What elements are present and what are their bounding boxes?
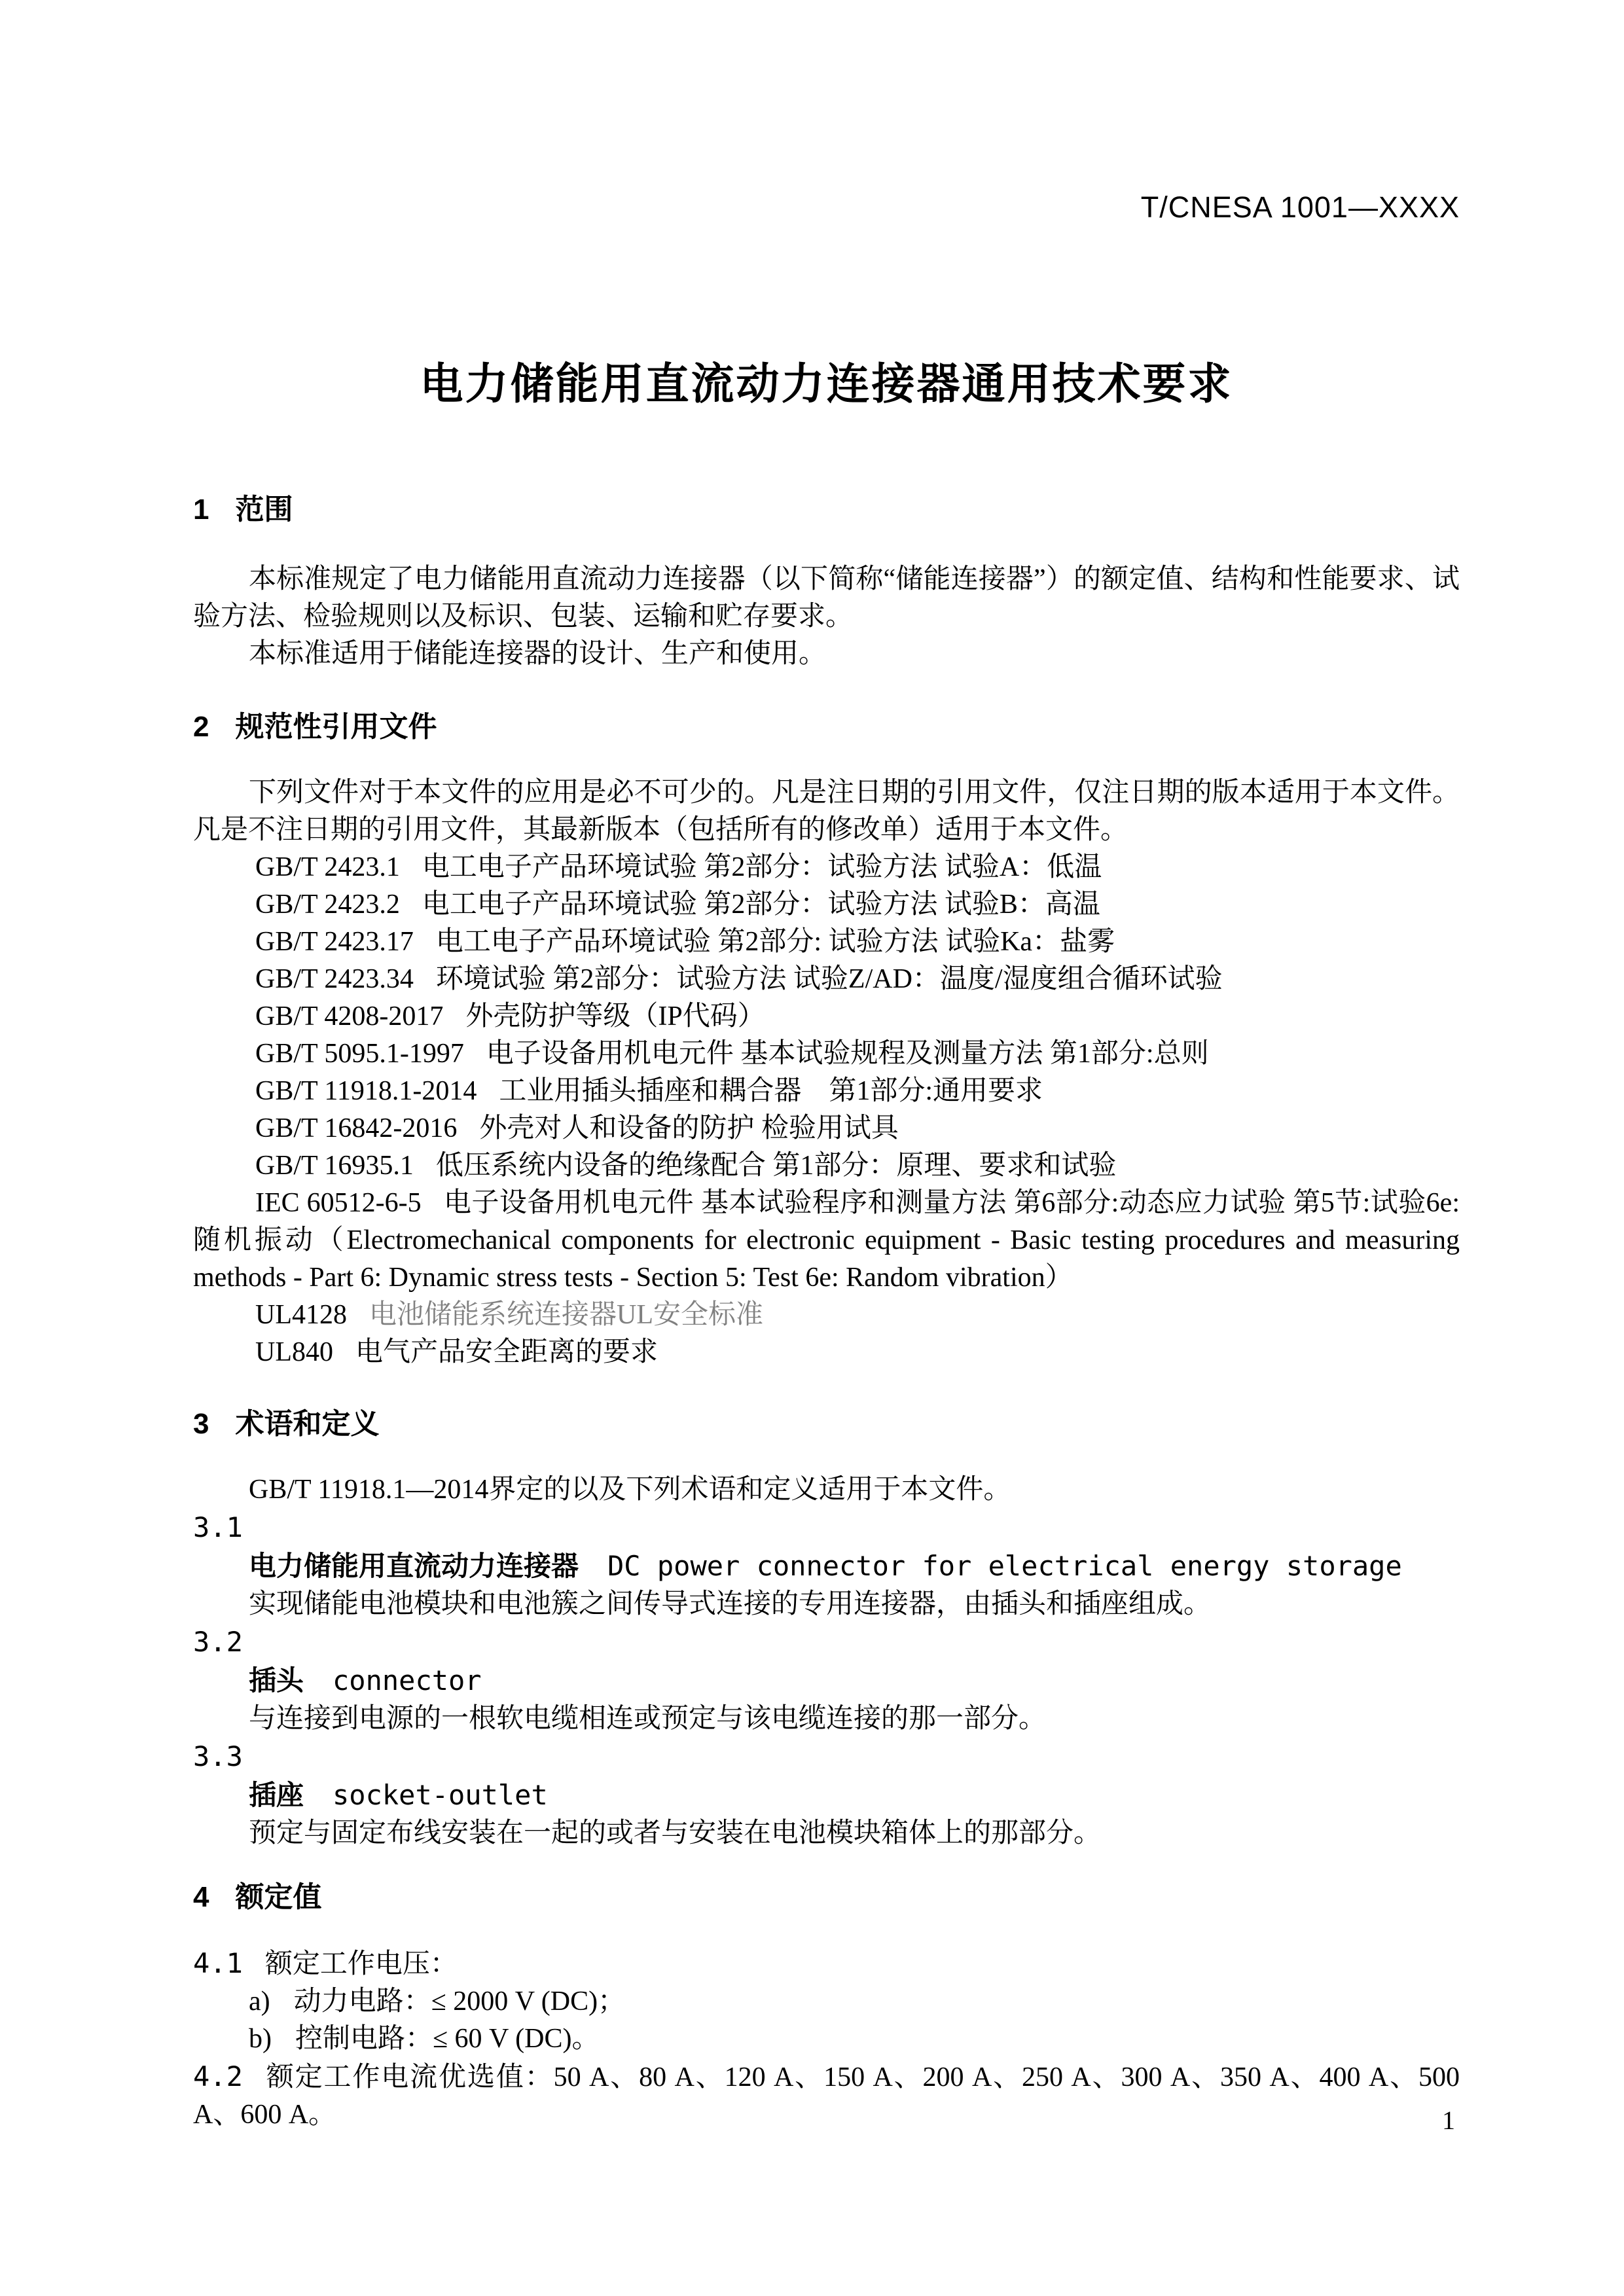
reference-item: UL4128电池储能系统连接器UL安全标准 — [193, 1297, 1460, 1334]
reference-id: GB/T 2423.2 — [255, 889, 400, 920]
reference-item: GB/T 4208-2017外壳防护等级（IP代码） — [193, 998, 1460, 1035]
reference-item: GB/T 2423.17电工电子产品环境试验 第2部分: 试验方法 试验Ka：盐… — [193, 924, 1460, 961]
term-zh: 插座 — [249, 1780, 304, 1810]
section-4-title: 额定值 — [235, 1881, 321, 1913]
clause-4-1: 4.1额定工作电压： — [193, 1945, 1460, 1983]
page-number: 1 — [1442, 2104, 1455, 2137]
references-intro: 下列文件对于本文件的应用是必不可少的。凡是注日期的引用文件，仅注日期的版本适用于… — [193, 774, 1460, 849]
reference-id: GB/T 4208-2017 — [255, 1001, 443, 1031]
doc-code: T/CNESA 1001—XXXX — [193, 0, 1460, 224]
section-normative-references: 2规范性引用文件 下列文件对于本文件的应用是必不可少的。凡是注日期的引用文件，仅… — [193, 708, 1460, 1371]
reference-title: 电工电子产品环境试验 第2部分：试验方法 试验B：高温 — [422, 889, 1100, 920]
term-definition: 实现储能电池模块和电池簇之间传导式连接的专用连接器，由插头和插座组成。 — [193, 1586, 1460, 1623]
reference-item: GB/T 2423.1电工电子产品环境试验 第2部分：试验方法 试验A：低温 — [193, 849, 1460, 886]
term-line: 插座socket-outlet — [193, 1776, 1460, 1815]
reference-item: GB/T 2423.34环境试验 第2部分：试验方法 试验Z/AD：温度/湿度组… — [193, 961, 1460, 998]
section-scope: 1范围 本标准规定了电力储能用直流动力连接器（以下简称“储能连接器”）的额定值、… — [193, 491, 1460, 673]
reference-title: 电子设备用机电元件 基本试验规程及测量方法 第1部分:总则 — [486, 1039, 1209, 1069]
term-line: 电力储能用直流动力连接器DC power connector for elect… — [193, 1547, 1460, 1586]
reference-title: 低压系统内设备的绝缘配合 第1部分：原理、要求和试验 — [436, 1151, 1117, 1181]
term-en: socket-outlet — [333, 1779, 548, 1811]
terms-intro: GB/T 11918.1—2014界定的以及下列术语和定义适用于本文件。 — [193, 1471, 1460, 1509]
term-definition: 预定与固定布线安装在一起的或者与安装在电池模块箱体上的那部分。 — [193, 1815, 1460, 1852]
reference-id: GB/T 5095.1-1997 — [255, 1039, 464, 1069]
reference-id: GB/T 2423.17 — [255, 927, 414, 957]
reference-id: GB/T 16842-2016 — [255, 1113, 457, 1143]
list-marker: a) — [249, 1986, 270, 2017]
section-4-heading: 4额定值 — [193, 1878, 1460, 1916]
reference-id: GB/T 2423.1 — [255, 852, 400, 882]
doc-title: 电力储能用直流动力连接器通用技术要求 — [193, 353, 1460, 414]
reference-title: 电工电子产品环境试验 第2部分：试验方法 试验A：低温 — [422, 852, 1102, 882]
list-marker: b) — [249, 2024, 272, 2054]
section-4-number: 4 — [193, 1881, 209, 1913]
section-3-number: 3 — [193, 1408, 209, 1440]
section-2-title: 规范性引用文件 — [235, 711, 437, 743]
reference-item: GB/T 16842-2016外壳对人和设备的防护 检验用试具 — [193, 1110, 1460, 1147]
reference-id: IEC 60512-6-5 — [255, 1188, 422, 1218]
reference-item: GB/T 2423.2电工电子产品环境试验 第2部分：试验方法 试验B：高温 — [193, 886, 1460, 924]
list-item-b-text: 控制电路：≤ 60 V (DC)。 — [295, 2024, 599, 2054]
section-1-heading: 1范围 — [193, 491, 1460, 528]
section-1-title: 范围 — [235, 493, 293, 526]
section-terms-definitions: 3术语和定义 GB/T 11918.1—2014界定的以及下列术语和定义适用于本… — [193, 1405, 1460, 1852]
term-number: 3.1 — [193, 1509, 1460, 1547]
reference-item: GB/T 5095.1-1997电子设备用机电元件 基本试验规程及测量方法 第1… — [193, 1035, 1460, 1073]
reference-title: 环境试验 第2部分：试验方法 试验Z/AD：温度/湿度组合循环试验 — [436, 964, 1223, 994]
section-rated-values: 4额定值 4.1额定工作电压： a)动力电路：≤ 2000 V (DC)； b)… — [193, 1878, 1460, 2134]
reference-title: 电气产品安全距离的要求 — [355, 1337, 658, 1367]
term-number: 3.3 — [193, 1738, 1460, 1776]
reference-item: IEC 60512-6-5电子设备用机电元件 基本试验程序和测量方法 第6部分:… — [193, 1185, 1460, 1297]
term-line: 插头connector — [193, 1662, 1460, 1700]
clause-4-1-text: 额定工作电压： — [265, 1949, 458, 1979]
section-1-number: 1 — [193, 493, 209, 526]
reference-id: GB/T 11918.1-2014 — [255, 1076, 477, 1106]
term-number: 3.2 — [193, 1623, 1460, 1662]
reference-id: GB/T 2423.34 — [255, 964, 414, 994]
document-page: T/CNESA 1001—XXXX 电力储能用直流动力连接器通用技术要求 1范围… — [0, 0, 1624, 2296]
reference-title: 电工电子产品环境试验 第2部分: 试验方法 试验Ka：盐雾 — [436, 927, 1115, 957]
reference-title: 外壳对人和设备的防护 检验用试具 — [479, 1113, 899, 1143]
section-2-number: 2 — [193, 711, 209, 743]
term-definition: 与连接到电源的一根软电缆相连或预定与该电缆连接的那一部分。 — [193, 1700, 1460, 1738]
list-item-b: b)控制电路：≤ 60 V (DC)。 — [193, 2020, 1460, 2058]
list-item-a-text: 动力电路：≤ 2000 V (DC)； — [294, 1986, 625, 2017]
section-3-heading: 3术语和定义 — [193, 1405, 1460, 1443]
list-item-a: a)动力电路：≤ 2000 V (DC)； — [193, 1983, 1460, 2020]
reference-title: 电池储能系统连接器UL安全标准 — [369, 1300, 763, 1330]
section-3-title: 术语和定义 — [235, 1408, 379, 1440]
reference-item: GB/T 16935.1低压系统内设备的绝缘配合 第1部分：原理、要求和试验 — [193, 1147, 1460, 1185]
reference-title: 工业用插头插座和耦合器 第1部分:通用要求 — [499, 1076, 1043, 1106]
scope-paragraph-2: 本标准适用于储能连接器的设计、生产和使用。 — [193, 636, 1460, 673]
term-zh: 电力储能用直流动力连接器 — [249, 1551, 579, 1581]
term-en: DC power connector for electrical energy… — [607, 1550, 1402, 1582]
section-2-heading: 2规范性引用文件 — [193, 708, 1460, 745]
reference-item: GB/T 11918.1-2014工业用插头插座和耦合器 第1部分:通用要求 — [193, 1073, 1460, 1110]
reference-id: GB/T 16935.1 — [255, 1151, 414, 1181]
reference-id: UL840 — [255, 1337, 333, 1367]
reference-id: UL4128 — [255, 1300, 347, 1330]
reference-title: 外壳防护等级（IP代码） — [465, 1001, 765, 1031]
term-zh: 插头 — [249, 1665, 304, 1696]
clause-4-2: 4.2额定工作电流优选值：50 A、80 A、120 A、150 A、200 A… — [193, 2058, 1460, 2134]
term-en: connector — [333, 1664, 482, 1696]
clause-4-2-text: 额定工作电流优选值：50 A、80 A、120 A、150 A、200 A、25… — [193, 2062, 1460, 2130]
reference-item: UL840电气产品安全距离的要求 — [193, 1334, 1460, 1371]
scope-paragraph-1: 本标准规定了电力储能用直流动力连接器（以下简称“储能连接器”）的额定值、结构和性… — [193, 561, 1460, 636]
